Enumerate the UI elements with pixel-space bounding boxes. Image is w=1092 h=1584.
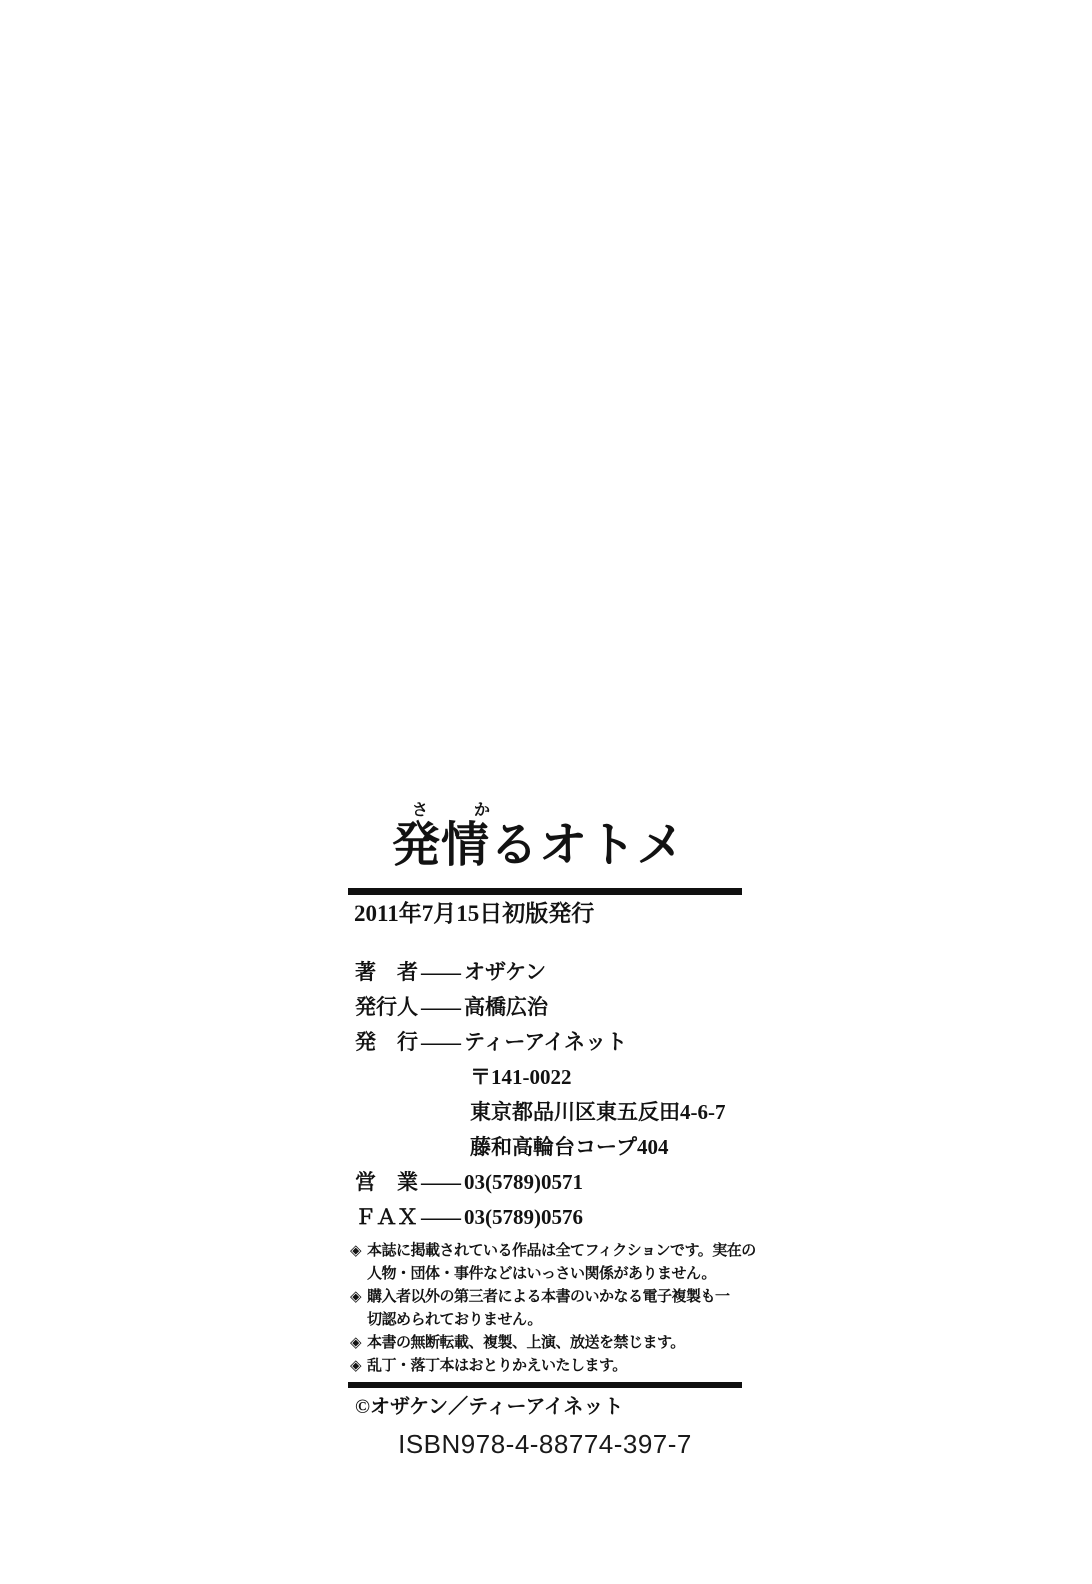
copyright-line: ©オザケン／ティーアイネット — [355, 1395, 742, 1419]
colophon-page: さ か 発情るオトメ 2011年7月15日初版発行 著 者——オザケン 発行人—… — [0, 0, 1092, 1584]
credit-value: 高橋広治 — [464, 995, 548, 1019]
notice-line: 購入者以外の第三者による本書のいかなる電子複製も一 — [367, 1286, 742, 1309]
address-line-1: 東京都品川区東五反田4-6-7 — [470, 1095, 742, 1130]
credit-label: 発 行 — [355, 1025, 421, 1060]
contact-value: 03(5789)0576 — [464, 1205, 583, 1229]
title-block: さ か 発情るオトメ — [348, 786, 742, 878]
contact-label: ＦＡＸ — [355, 1200, 421, 1235]
legal-notices: ◈ 本誌に掲載されている作品は全てフィクションです。実在の 人物・団体・事件など… — [350, 1240, 742, 1378]
furigana-ka: か — [474, 803, 490, 819]
dash-connector: —— — [421, 1170, 459, 1194]
contact-row-fax: ＦＡＸ——03(5789)0576 — [355, 1200, 742, 1235]
colophon-block: さ か 発情るオトメ 2011年7月15日初版発行 著 者——オザケン 発行人—… — [348, 786, 742, 1458]
postal-code: 〒141-0022 — [470, 1060, 742, 1095]
diamond-bullet-icon: ◈ — [350, 1240, 367, 1263]
contact-label: 営 業 — [355, 1165, 421, 1200]
dash-connector: —— — [421, 960, 459, 984]
notice-defective-copies: ◈ 乱丁・落丁本はおとりかえいたします。 — [350, 1355, 742, 1378]
isbn-number: ISBN978-4-88774-397-7 — [348, 1430, 742, 1458]
credit-row-author: 著 者——オザケン — [355, 955, 742, 990]
notice-line: 本書の無断転載、複製、上演、放送を禁じます。 — [367, 1332, 742, 1355]
credit-row-publisher-person: 発行人——高橋広治 — [355, 990, 742, 1025]
contact-list: 営 業——03(5789)0571 ＦＡＸ——03(5789)0576 — [348, 1165, 742, 1235]
diamond-bullet-icon: ◈ — [350, 1286, 367, 1309]
credit-value: オザケン — [464, 960, 546, 984]
dash-connector: —— — [421, 1030, 459, 1054]
address-line-2: 藤和高輪台コープ404 — [470, 1130, 742, 1165]
edition-date: 2011年7月15日初版発行 — [354, 899, 742, 929]
notice-line: 本誌に掲載されている作品は全てフィクションです。実在の — [367, 1240, 756, 1263]
book-title: 発情るオトメ — [392, 822, 686, 870]
notice-text: 本誌に掲載されている作品は全てフィクションです。実在の 人物・団体・事件などはい… — [367, 1240, 756, 1286]
notice-digital-copy: ◈ 購入者以外の第三者による本書のいかなる電子複製も一 切認められておりません。 — [350, 1286, 742, 1332]
contact-row-sales: 営 業——03(5789)0571 — [355, 1165, 742, 1200]
footer-divider — [348, 1382, 742, 1388]
credit-label: 著 者 — [355, 955, 421, 990]
dash-connector: —— — [421, 1205, 459, 1229]
notice-line: 切認められておりません。 — [367, 1309, 742, 1332]
diamond-bullet-icon: ◈ — [350, 1332, 367, 1355]
notice-text: 乱丁・落丁本はおとりかえいたします。 — [367, 1355, 742, 1378]
credit-label: 発行人 — [355, 990, 421, 1025]
notice-fiction: ◈ 本誌に掲載されている作品は全てフィクションです。実在の 人物・団体・事件など… — [350, 1240, 742, 1286]
credits-list: 著 者——オザケン 発行人——高橋広治 発 行——ティーアイネット — [348, 955, 742, 1060]
notice-text: 購入者以外の第三者による本書のいかなる電子複製も一 切認められておりません。 — [367, 1286, 742, 1332]
contact-value: 03(5789)0571 — [464, 1170, 583, 1194]
notice-text: 本書の無断転載、複製、上演、放送を禁じます。 — [367, 1332, 742, 1355]
furigana-sa: さ — [412, 803, 428, 819]
credit-row-publisher: 発 行——ティーアイネット — [355, 1025, 742, 1060]
credit-value: ティーアイネット — [464, 1030, 627, 1054]
publisher-address: 〒141-0022 東京都品川区東五反田4-6-7 藤和高輪台コープ404 — [470, 1060, 742, 1165]
notice-line: 乱丁・落丁本はおとりかえいたします。 — [367, 1355, 742, 1378]
dash-connector: —— — [421, 995, 459, 1019]
diamond-bullet-icon: ◈ — [350, 1355, 367, 1378]
title-underline — [348, 888, 742, 895]
notice-reproduction: ◈ 本書の無断転載、複製、上演、放送を禁じます。 — [350, 1332, 742, 1355]
notice-line: 人物・団体・事件などはいっさい関係がありません。 — [367, 1263, 756, 1286]
